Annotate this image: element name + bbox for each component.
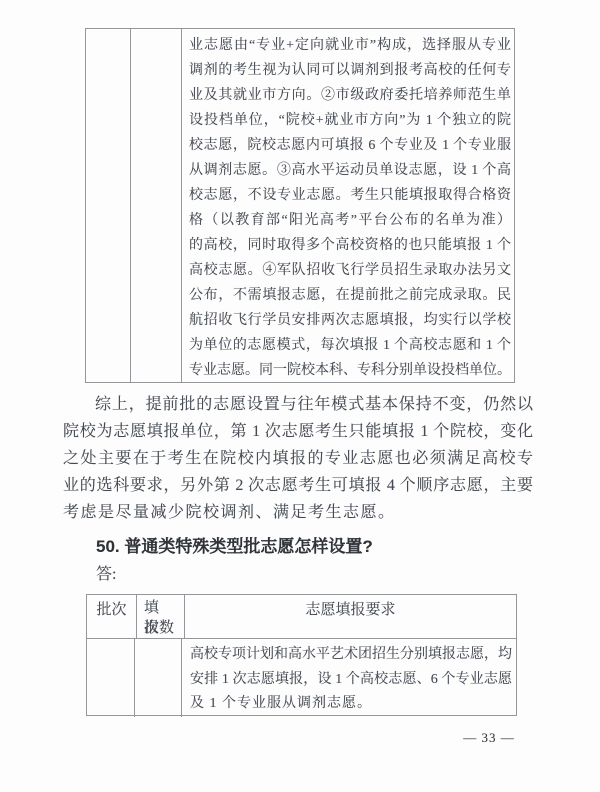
summary-line: 院校为志愿填报单位，第 1 次志愿考生只能填报 1 个院校，变化 bbox=[63, 418, 533, 445]
requirement-text-line: 高校志愿。④军队招收飞行学员招生录取办法另文 bbox=[189, 258, 511, 283]
requirement-text-line: 航招收飞行学员安排两次志愿填报，均实行以学校 bbox=[189, 308, 511, 333]
document-page: 业志愿由“专业+定向就业市”构成，选择服从专业 调剂的考生视为认同可以调剂到报考… bbox=[0, 0, 600, 792]
header-times-line2: 次数 bbox=[144, 618, 177, 638]
row-batch-cell bbox=[87, 639, 135, 717]
batch-column-cell-empty bbox=[86, 29, 131, 382]
header-times-line1: 填 报 bbox=[144, 598, 177, 618]
answer-label: 答: bbox=[96, 565, 116, 585]
requirement-text-line: 为单位的志愿模式，每次填报 1 个高校志愿和 1 个 bbox=[189, 333, 511, 358]
continued-requirements-table: 业志愿由“专业+定向就业市”构成，选择服从专业 调剂的考生视为认同可以调剂到报考… bbox=[85, 28, 515, 383]
requirement-text-line: 业及其就业市方向。②市级政府委托培养师范生单 bbox=[189, 83, 511, 108]
requirements-cell: 业志愿由“专业+定向就业市”构成，选择服从专业 调剂的考生视为认同可以调剂到报考… bbox=[182, 29, 514, 382]
requirement-text-line: 的高校，同时取得多个高校资格的也只能填报 1 个 bbox=[189, 233, 511, 258]
summary-line: 考虑是尽量减少院校调剂、满足考生志愿。 bbox=[63, 499, 533, 526]
row-requirement-cell: 高校专项计划和高水平艺术团招生分别填报志愿，均 安排 1 次志愿填报，设 1 个… bbox=[182, 639, 516, 717]
header-batch: 批次 bbox=[87, 595, 137, 638]
requirement-text-line: 业志愿由“专业+定向就业市”构成，选择服从专业 bbox=[189, 33, 511, 58]
row-requirement-line: 安排 1 次志愿填报，设 1 个高校志愿、6 个专业志愿 bbox=[190, 668, 512, 693]
times-column-cell-empty bbox=[131, 29, 182, 382]
answer-table-header-row: 批次 填 报 次数 志愿填报要求 bbox=[87, 595, 516, 639]
requirement-text-line: 从调剂志愿。③高水平运动员单设志愿，设 1 个高 bbox=[189, 158, 511, 183]
row-times-cell bbox=[135, 639, 182, 717]
requirement-text-line: 公布，不需填报志愿，在提前批之前完成录取。民 bbox=[189, 283, 511, 308]
summary-paragraph: 综上，提前批的志愿设置与往年模式基本保持不变，仍然以 院校为志愿填报单位，第 1… bbox=[63, 391, 533, 526]
row-requirement-line: 高校专项计划和高水平艺术团招生分别填报志愿，均 bbox=[190, 643, 512, 668]
summary-line: 之处主要在于考生在院校内填报的专业志愿也必须满足高校专 bbox=[63, 445, 533, 472]
question-title: 50. 普通类特殊类型批志愿怎样设置? bbox=[63, 537, 543, 557]
requirement-text-line: 校志愿，不设专业志愿。考生只能填报取得合格资 bbox=[189, 183, 511, 208]
header-requirement: 志愿填报要求 bbox=[185, 595, 516, 638]
requirement-text-line: 校志愿，院校志愿内可填报 6 个专业及 1 个专业服 bbox=[189, 133, 511, 158]
answer-table: 批次 填 报 次数 志愿填报要求 高校专项计划和高水平艺术团招生分别填报志愿，均… bbox=[86, 594, 517, 716]
summary-line: 业的选科要求，另外第 2 次志愿考生可填报 4 个顺序志愿，主要 bbox=[63, 472, 533, 499]
summary-line: 综上，提前批的志愿设置与往年模式基本保持不变，仍然以 bbox=[63, 391, 533, 418]
requirement-text-line: 设投档单位，“院校+就业市方向”为 1 个独立的院 bbox=[189, 108, 511, 133]
requirement-text-line: 格（以教育部“阳光高考”平台公布的名单为准） bbox=[189, 208, 511, 233]
page-number: — 33 — bbox=[455, 730, 523, 746]
requirement-text-line: 调剂的考生视为认同可以调剂到报考高校的任何专 bbox=[189, 58, 511, 83]
header-times: 填 报 次数 bbox=[137, 595, 185, 638]
row-requirement-line: 及 1 个专业服从调剂志愿。 bbox=[190, 692, 512, 717]
answer-table-data-row: 高校专项计划和高水平艺术团招生分别填报志愿，均 安排 1 次志愿填报，设 1 个… bbox=[87, 639, 516, 717]
requirement-text-line: 专业志愿。同一院校本科、专科分别单设投档单位。 bbox=[189, 358, 511, 383]
